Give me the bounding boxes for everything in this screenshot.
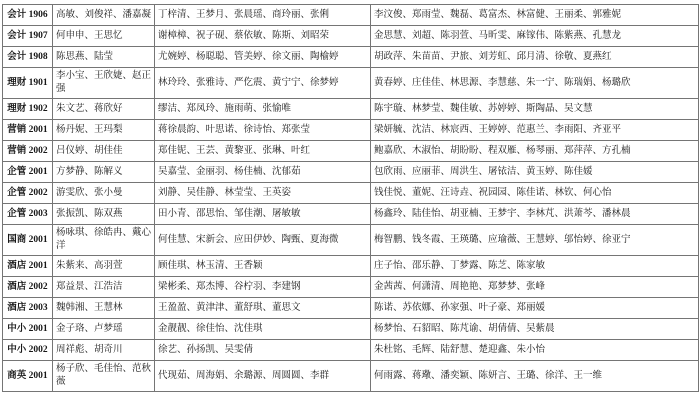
names-group1-cell: 金子珞、卢梦瑶 <box>53 319 155 340</box>
names-group3-cell: 杨梦怡、石貂昭、陈芃谕、胡倩倩、吴紫晨 <box>371 319 699 340</box>
names-group3-cell: 梁妍毓、沈洁、林宸西、王婷婷、范惠兰、李雨阳、齐亚平 <box>371 120 699 141</box>
names-group1-cell: 张振凯、陈双燕 <box>53 204 155 225</box>
names-group3-cell: 何雨露、蒋璥、潘奕颖、陈妍言、王璐、徐洋、王一维 <box>371 361 699 392</box>
names-group1-cell: 朱文艺、蒋欣好 <box>53 99 155 120</box>
names-group3-cell: 李汶俊、郑雨莹、魏磊、葛富杰、林富健、王丽柔、郭雅妮 <box>371 5 699 26</box>
names-group2-cell: 刘静、吴佳静、林莹莹、王英姿 <box>155 183 371 204</box>
class-label-cell: 理财 1902 <box>3 99 53 120</box>
names-group3-cell: 庄子怡、邵乐静、丁梦露、陈芝、陈家敏 <box>371 256 699 277</box>
names-group3-cell: 陈诺、苏依娜、孙家强、叶子豪、郑丽媛 <box>371 298 699 319</box>
names-group3-cell: 陈宇璇、林梦莹、魏佳敏、苏婷婷、斯陶晶、吴文慧 <box>371 99 699 120</box>
class-roster-table: 会计 1906高敏、刘俊祥、潘嘉凝丁梓清、王梦月、张晨瑶、商玲丽、张俐李汶俊、郑… <box>2 4 699 392</box>
table-row: 理财 1901李小宝、王欣婕、赵正强林玲玲、张雅诗、严仡震、黄宁宁、徐梦婷黄春婷… <box>3 68 699 99</box>
roster-body: 会计 1906高敏、刘俊祥、潘嘉凝丁梓清、王梦月、张晨瑶、商玲丽、张俐李汶俊、郑… <box>3 5 699 392</box>
names-group1-cell: 杨丹妮、王玛梨 <box>53 120 155 141</box>
names-group3-cell: 金茜茜、何潇清、周艳艳、郑梦梦、张峰 <box>371 277 699 298</box>
names-group2-cell: 徐艺、孙扬凯、吴雯倩 <box>155 340 371 361</box>
names-group3-cell: 黄春婷、庄佳佳、林思源、李慧慈、朱一宁、陈瑞娟、杨璐欣 <box>371 68 699 99</box>
class-label-cell: 会计 1906 <box>3 5 53 26</box>
names-group3-cell: 胡政萍、朱苗苗、尹旅、刘芳虹、邱月清、徐敬、夏燕红 <box>371 47 699 68</box>
names-group1-cell: 杨咏琪、徐皓冉、戴心洋 <box>53 225 155 256</box>
names-group2-cell: 缪洁、郑凤玲、施雨萌、张愉唯 <box>155 99 371 120</box>
class-label-cell: 营销 2002 <box>3 141 53 162</box>
class-label-cell: 理财 1901 <box>3 68 53 99</box>
table-row: 营销 2001杨丹妮、王玛梨蒋徐晨韵、叶思诺、徐诗怡、郑张莹梁妍毓、沈洁、林宸西… <box>3 120 699 141</box>
table-row: 中小 2002周祥彪、胡奇川徐艺、孙扬凯、吴雯倩朱杜铭、毛辉、陆舒慧、楚迎鑫、朱… <box>3 340 699 361</box>
names-group2-cell: 郑佳铌、王芸、黄黎亚、张琳、叶红 <box>155 141 371 162</box>
table-row: 理财 1902朱文艺、蒋欣好缪洁、郑凤玲、施雨萌、张愉唯陈宇璇、林梦莹、魏佳敏、… <box>3 99 699 120</box>
names-group2-cell: 何佳慧、宋新会、应田伊妙、陶甄、夏海微 <box>155 225 371 256</box>
names-group3-cell: 杨鑫玲、陆佳怡、胡亚楠、王梦宇、李林芃、洪萧芩、潘林晨 <box>371 204 699 225</box>
names-group3-cell: 鲍嘉欣、木淑怡、胡盼盼、程双雁、杨琴丽、郑萍萍、方孔楠 <box>371 141 699 162</box>
names-group2-cell: 林玲玲、张雅诗、严仡震、黄宁宁、徐梦婷 <box>155 68 371 99</box>
class-label-cell: 会计 1908 <box>3 47 53 68</box>
table-row: 营销 2002吕仪婷、胡佳佳郑佳铌、王芸、黄黎亚、张琳、叶红鲍嘉欣、木淑怡、胡盼… <box>3 141 699 162</box>
names-group2-cell: 代现茹、周海娟、余璐源、周圆圆、李群 <box>155 361 371 392</box>
names-group1-cell: 朱紫来、高羽萱 <box>53 256 155 277</box>
class-label-cell: 商英 2001 <box>3 361 53 392</box>
table-row: 企管 2003张振凯、陈双燕田小青、邵思怡、邹佳潮、屠敏敏杨鑫玲、陆佳怡、胡亚楠… <box>3 204 699 225</box>
names-group1-cell: 何申申、王思忆 <box>53 26 155 47</box>
class-label-cell: 企管 2001 <box>3 162 53 183</box>
names-group3-cell: 金思慧、刘超、陈羽萱、马昕雯、麻镓伟、陈紫燕、孔慧龙 <box>371 26 699 47</box>
table-row: 酒店 2001朱紫来、高羽萱顾佳琪、林玉清、王香颖庄子怡、邵乐静、丁梦露、陈芝、… <box>3 256 699 277</box>
names-group1-cell: 陈思燕、陆莹 <box>53 47 155 68</box>
names-group2-cell: 顾佳琪、林玉清、王香颖 <box>155 256 371 277</box>
names-group2-cell: 王盈盈、黄津津、董舒琪、董思文 <box>155 298 371 319</box>
names-group1-cell: 魏韩湘、王慧林 <box>53 298 155 319</box>
names-group1-cell: 周祥彪、胡奇川 <box>53 340 155 361</box>
names-group2-cell: 谢樟樟、祝子砚、蔡依敏、陈斯、刘昭荣 <box>155 26 371 47</box>
names-group2-cell: 梁彬柔、郑杰博、谷柠羽、李建钢 <box>155 277 371 298</box>
names-group1-cell: 李小宝、王欣婕、赵正强 <box>53 68 155 99</box>
class-label-cell: 酒店 2001 <box>3 256 53 277</box>
table-row: 会计 1908陈思燕、陆莹尤婉婷、杨聪聪、管美婷、徐文丽、陶榆婷胡政萍、朱苗苗、… <box>3 47 699 68</box>
table-row: 企管 2002游雯欣、张小曼刘静、吴佳静、林莹莹、王英姿钱佳悦、董妮、汪诗垚、祝… <box>3 183 699 204</box>
names-group1-cell: 郑益景、江浩洁 <box>53 277 155 298</box>
table-row: 商英 2001杨子欣、毛佳怡、范秋薇代现茹、周海娟、余璐源、周圆圆、李群何雨露、… <box>3 361 699 392</box>
names-group3-cell: 梅智鹏、钱冬霞、王瑛璐、应瑜薇、王慧婷、邬怡婷、徐亚宁 <box>371 225 699 256</box>
table-row: 会计 1906高敏、刘俊祥、潘嘉凝丁梓清、王梦月、张晨瑶、商玲丽、张俐李汶俊、郑… <box>3 5 699 26</box>
class-label-cell: 企管 2003 <box>3 204 53 225</box>
class-label-cell: 中小 2002 <box>3 340 53 361</box>
names-group2-cell: 蒋徐晨韵、叶思诺、徐诗怡、郑张莹 <box>155 120 371 141</box>
class-label-cell: 会计 1907 <box>3 26 53 47</box>
names-group1-cell: 游雯欣、张小曼 <box>53 183 155 204</box>
table-row: 会计 1907何申申、王思忆谢樟樟、祝子砚、蔡依敏、陈斯、刘昭荣金思慧、刘超、陈… <box>3 26 699 47</box>
names-group1-cell: 杨子欣、毛佳怡、范秋薇 <box>53 361 155 392</box>
table-row: 企管 2001方梦静、陈解义吴嘉莹、金丽羽、杨佳楠、沈郁茹包欣雨、应丽菲、周洪生… <box>3 162 699 183</box>
names-group3-cell: 钱佳悦、董妮、汪诗垚、祝园园、陈佳诺、林钦、何心怡 <box>371 183 699 204</box>
class-label-cell: 国商 2001 <box>3 225 53 256</box>
names-group2-cell: 丁梓清、王梦月、张晨瑶、商玲丽、张俐 <box>155 5 371 26</box>
names-group1-cell: 高敏、刘俊祥、潘嘉凝 <box>53 5 155 26</box>
table-row: 酒店 2002郑益景、江浩洁梁彬柔、郑杰博、谷柠羽、李建钢金茜茜、何潇清、周艳艳… <box>3 277 699 298</box>
class-label-cell: 酒店 2002 <box>3 277 53 298</box>
names-group2-cell: 金靓靓、徐佳怡、沈佳琪 <box>155 319 371 340</box>
names-group3-cell: 包欣雨、应丽菲、周洪生、屠铱洁、黄玉婷、陈佳媛 <box>371 162 699 183</box>
table-row: 国商 2001杨咏琪、徐皓冉、戴心洋何佳慧、宋新会、应田伊妙、陶甄、夏海微梅智鹏… <box>3 225 699 256</box>
names-group3-cell: 朱杜铭、毛辉、陆舒慧、楚迎鑫、朱小怡 <box>371 340 699 361</box>
table-row: 中小 2001金子珞、卢梦瑶金靓靓、徐佳怡、沈佳琪杨梦怡、石貂昭、陈芃谕、胡倩倩… <box>3 319 699 340</box>
class-label-cell: 酒店 2003 <box>3 298 53 319</box>
names-group2-cell: 田小青、邵思怡、邹佳潮、屠敏敏 <box>155 204 371 225</box>
class-label-cell: 营销 2001 <box>3 120 53 141</box>
class-label-cell: 中小 2001 <box>3 319 53 340</box>
names-group2-cell: 吴嘉莹、金丽羽、杨佳楠、沈郁茹 <box>155 162 371 183</box>
names-group1-cell: 吕仪婷、胡佳佳 <box>53 141 155 162</box>
table-row: 酒店 2003魏韩湘、王慧林王盈盈、黄津津、董舒琪、董思文陈诺、苏依娜、孙家强、… <box>3 298 699 319</box>
class-label-cell: 企管 2002 <box>3 183 53 204</box>
names-group1-cell: 方梦静、陈解义 <box>53 162 155 183</box>
names-group2-cell: 尤婉婷、杨聪聪、管美婷、徐文丽、陶榆婷 <box>155 47 371 68</box>
